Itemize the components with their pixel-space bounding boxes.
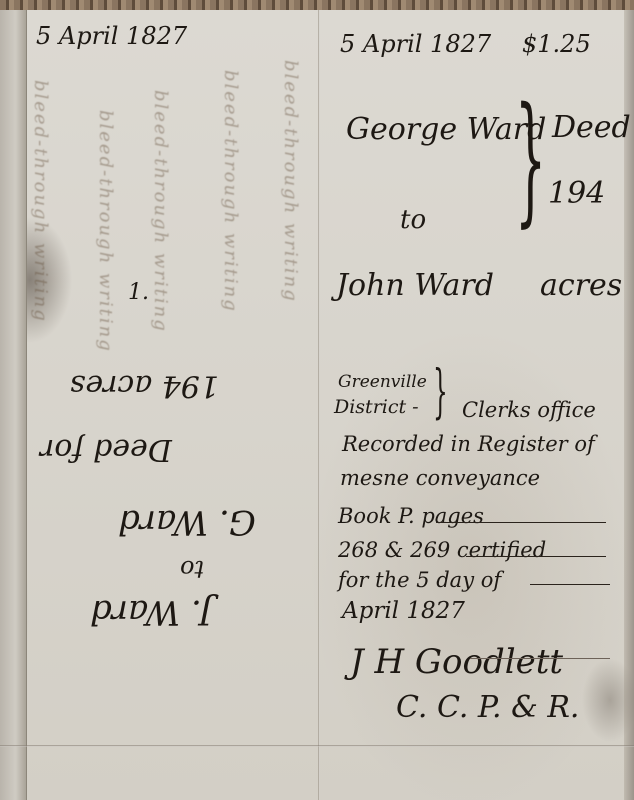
signature-title: C. C. P. & R. [396,690,579,725]
deed-to: to [400,205,426,235]
certificate-line: mesne conveyance [340,466,540,490]
acres-label: acres [540,268,622,303]
rule-line [466,556,606,557]
bleed-through-text: bleed-through writing [280,60,301,760]
docket-acres: 194 acres [70,368,219,403]
left-date-header: 5 April 1827 [36,22,187,50]
rule-line [470,658,610,659]
rule-line [530,584,610,585]
folded-edge-flap [0,10,27,800]
deed-label: Deed [552,110,631,145]
docket-grantor: G. Ward [118,502,256,542]
docket-title: Deed for [40,432,172,467]
bleed-through-text: bleed-through writing [220,70,241,730]
clerks-office: Clerks office [462,398,596,422]
bleed-through-text: bleed-through writing [150,90,171,730]
certificate-line: Book P. pages [338,504,484,528]
recording-fee: $1.25 [522,30,591,58]
vertical-fold-line [318,10,320,800]
grantee-name: John Ward [336,268,494,303]
curly-brace-icon: } [515,90,546,230]
rule-line [436,522,606,523]
district-label: District - [334,396,419,418]
right-date: 5 April 1827 [340,30,491,58]
certificate-line: 268 & 269 certified [338,538,546,562]
docket-grantee: J. Ward [90,592,213,632]
curly-brace-icon: } [433,362,448,420]
certificate-line: April 1827 [342,598,465,624]
margin-mark: 1. [128,280,149,305]
signature-name: J H Goodlett [350,642,563,682]
certificate-line: for the 5 day of [338,568,501,592]
horizontal-fold-line [0,745,634,747]
acreage-value: 194 [548,176,605,211]
district-name: Greenville [338,372,427,392]
certificate-line: Recorded in Register of [342,432,595,456]
docket-to: to [180,555,204,583]
bleed-through-text: bleed-through writing [30,80,51,380]
